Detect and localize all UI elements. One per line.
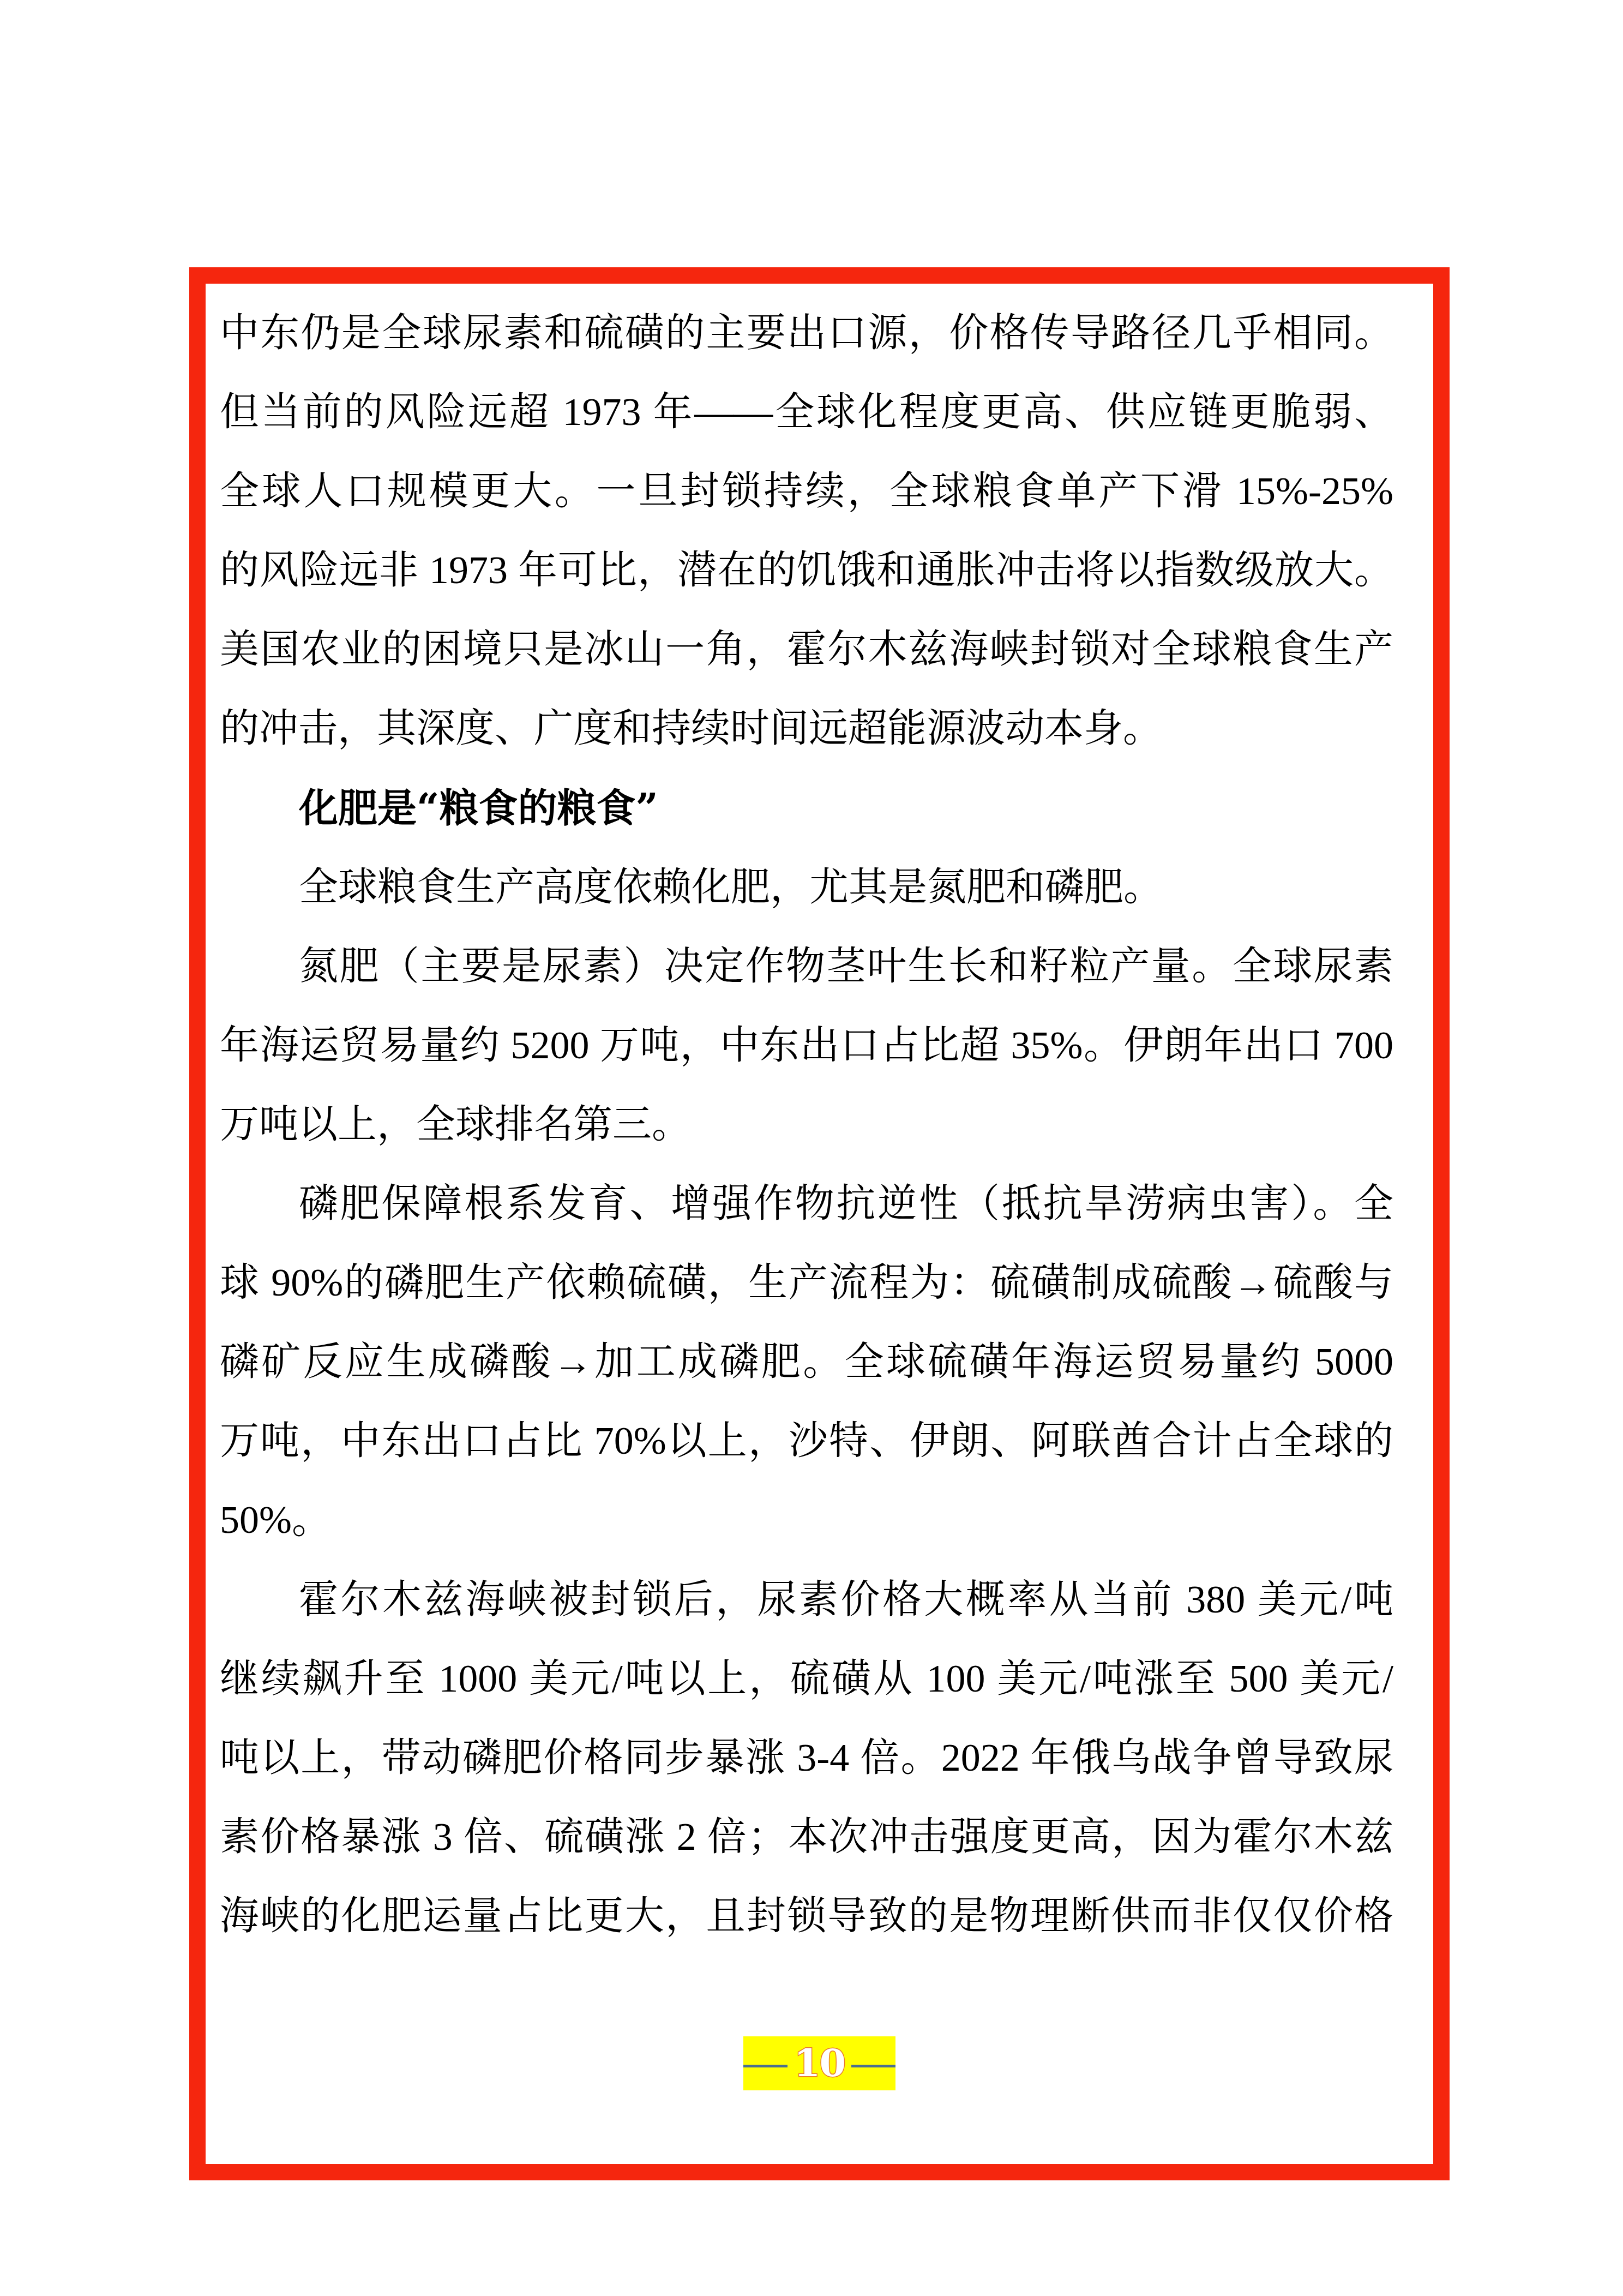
text-line-16: 50%。 <box>220 1492 1393 1572</box>
text-line-13: 球 90%的磷肥生产依赖硫磺，生产流程为：硫磺制成硫酸→硫酸与 <box>220 1255 1393 1334</box>
text-line-17: 霍尔木兹海峡被封锁后，尿素价格大概率从当前 380 美元/吨 <box>220 1572 1393 1651</box>
text-line-3: 全球人口规模更大。一旦封锁持续，全球粮食单产下滑 15%-25% <box>220 464 1393 543</box>
text-line-10: 年海运贸易量约 5200 万吨，中东出口占比超 35%。伊朗年出口 700 <box>220 1018 1393 1097</box>
page-number-dash-right <box>851 2065 895 2067</box>
text-line-15: 万吨，中东出口占比 70%以上，沙特、伊朗、阿联酋合计占全球的 <box>220 1413 1393 1492</box>
text-line-19: 吨以上，带动磷肥价格同步暴涨 3-4 倍。2022 年俄乌战争曾导致尿 <box>220 1730 1393 1809</box>
text-line-6: 的冲击，其深度、广度和持续时间远超能源波动本身。 <box>220 701 1393 780</box>
page-number: 10 <box>743 2040 895 2087</box>
text-line-20: 素价格暴涨 3 倍、硫磺涨 2 倍；本次冲击强度更高，因为霍尔木兹 <box>220 1809 1393 1889</box>
text-line-12: 磷肥保障根系发育、增强作物抗逆性（抵抗旱涝病虫害）。全 <box>220 1176 1393 1255</box>
text-line-1: 中东仍是全球尿素和硫磺的主要出口源，价格传导路径几乎相同。 <box>220 305 1393 385</box>
text-line-21: 海峡的化肥运量占比更大，且封锁导致的是物理断供而非仅仅价格 <box>220 1889 1393 1968</box>
text-line-9: 氮肥（主要是尿素）决定作物茎叶生长和籽粒产量。全球尿素 <box>220 939 1393 1018</box>
text-line-4: 的风险远非 1973 年可比，潜在的饥饿和通胀冲击将以指数级放大。 <box>220 543 1393 622</box>
text-line-14: 磷矿反应生成磷酸→加工成磷肥。全球硫磺年海运贸易量约 5000 <box>220 1334 1393 1413</box>
section-heading: 化肥是“粮食的粮食” <box>220 781 1393 860</box>
text-line-18: 继续飙升至 1000 美元/吨以上，硫磺从 100 美元/吨涨至 500 美元/ <box>220 1651 1393 1730</box>
body-text: 中东仍是全球尿素和硫磺的主要出口源，价格传导路径几乎相同。 但当前的风险远超 1… <box>220 305 1393 1968</box>
text-line-2: 但当前的风险远超 1973 年——全球化程度更高、供应链更脆弱、 <box>220 385 1393 464</box>
text-line-8: 全球粮食生产高度依赖化肥，尤其是氮肥和磷肥。 <box>220 860 1393 939</box>
page-number-label: 10 <box>743 2036 895 2090</box>
text-line-5: 美国农业的困境只是冰山一角，霍尔木兹海峡封锁对全球粮食生产 <box>220 622 1393 701</box>
text-line-11: 万吨以上，全球排名第三。 <box>220 1097 1393 1176</box>
